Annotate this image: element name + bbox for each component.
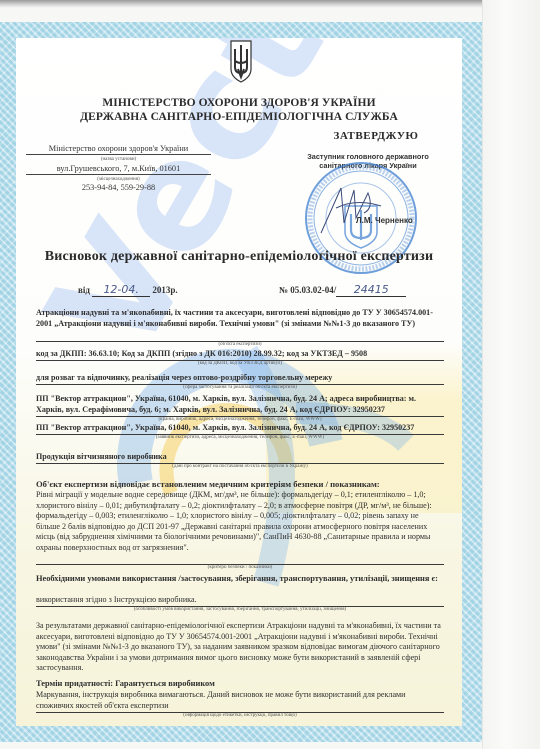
- number-handwritten: 24415: [336, 283, 406, 297]
- date-year: 2013р.: [152, 285, 177, 295]
- signatory-name: Л.М. Черненко: [356, 216, 413, 225]
- expertise-conclusion: За результатами державної санітарно-епід…: [36, 621, 444, 674]
- application-scope: для розваг та відпочинку, реалізація чер…: [36, 373, 444, 384]
- number-prefix: № 05.03.02-04/: [279, 285, 336, 295]
- applicant-caption: (заявник експертизи, адреса, місцезнаход…: [36, 435, 444, 440]
- issue-date: від 12-04. 2013р.: [78, 283, 178, 297]
- approver-position: Заступник головного державного санітарно…: [288, 152, 448, 170]
- application-scope-caption: (сфера застосування та реалізації об'єкт…: [36, 385, 444, 390]
- labeling-caption: (інформація щодо етикетки, інструкції, п…: [36, 713, 444, 718]
- institution-name-caption: (назва установи): [26, 157, 211, 162]
- shelf-life-heading: Термін придатності: Гарантується виробни…: [36, 679, 444, 690]
- adjacent-page-edge: [482, 0, 540, 749]
- institution-name: Міністерство охорони здоров'я України: [26, 144, 211, 155]
- service-name: ДЕРЖАВНА САНІТАРНО-ЕПІДЕМІОЛОГІЧНА СЛУЖБ…: [16, 111, 462, 123]
- handwritten-signature-icon: [316, 178, 386, 238]
- scan-edge-shadow: [0, 0, 540, 8]
- usage-conditions-caption: (особливості умов використання, застосув…: [36, 607, 444, 612]
- product-origin-caption: (дані про контракт на постачання об'єкта…: [36, 464, 444, 469]
- approver-position-line1: Заступник головного державного: [288, 152, 448, 161]
- ministry-name: МІНІСТЕРСТВО ОХОРОНИ ЗДОРОВ'Я УКРАЇНИ: [16, 97, 462, 109]
- classification-codes-caption: (код за ДКПП, код за УКТЗЕД артикул): [36, 361, 444, 366]
- safety-criteria-caption: (критерії безпеки / показники): [36, 565, 444, 570]
- document-title: Висновок державної санітарно-епідеміолог…: [16, 249, 462, 265]
- approver-position-line2: санітарного лікаря України: [288, 161, 448, 170]
- document-number: № 05.03.02-04/24415: [279, 283, 406, 297]
- institution-address-caption: (місцезнаходження): [26, 177, 211, 182]
- institution-address: вул.Грушевського, 7, м.Київ, 01601: [26, 164, 211, 175]
- applicant-info: ПП "Вектор аттракцион", Україна, 61040, …: [36, 423, 444, 434]
- manufacturer-info: ПП "Вектор аттракцион", Україна, 61040, …: [36, 394, 444, 415]
- product-origin: Продукція вітчизняного виробника: [36, 452, 444, 463]
- trident-coat-of-arms-icon: [229, 39, 253, 83]
- usage-conditions-text: використання згідно з Інструкцією виробн…: [36, 595, 444, 606]
- date-prefix: від: [78, 285, 90, 295]
- expertise-object: Атракціони надувні та м'якonaбивні, їх ч…: [36, 308, 444, 329]
- safety-criteria-text: Рівні міграції у модельне водне середови…: [36, 490, 444, 554]
- manufacturer-caption: (країна, виробник, адреса, місцезнаходже…: [36, 417, 444, 422]
- approval-heading: ЗАТВЕРДЖУЮ: [311, 130, 441, 142]
- certificate-panel: Vector МІНІСТЕРСТВО ОХОРОНИ ЗДОРОВ'Я УКР…: [16, 38, 462, 726]
- safety-criteria-heading: Об'єкт експертизи відповідає встановлени…: [36, 479, 444, 490]
- usage-conditions-heading: Необхідними умовами використання /застос…: [36, 574, 444, 585]
- expertise-object-caption: (об'єкта експертизи): [36, 342, 444, 347]
- date-handwritten: 12-04.: [92, 283, 150, 297]
- institution-phones: 253-94-84, 559-29-88: [26, 183, 211, 192]
- classification-codes: код за ДКПП: 36.63.10; Код за ДКПП (згід…: [36, 349, 444, 360]
- labeling-requirements: Маркування, інструкція виробника вимагаю…: [36, 690, 444, 711]
